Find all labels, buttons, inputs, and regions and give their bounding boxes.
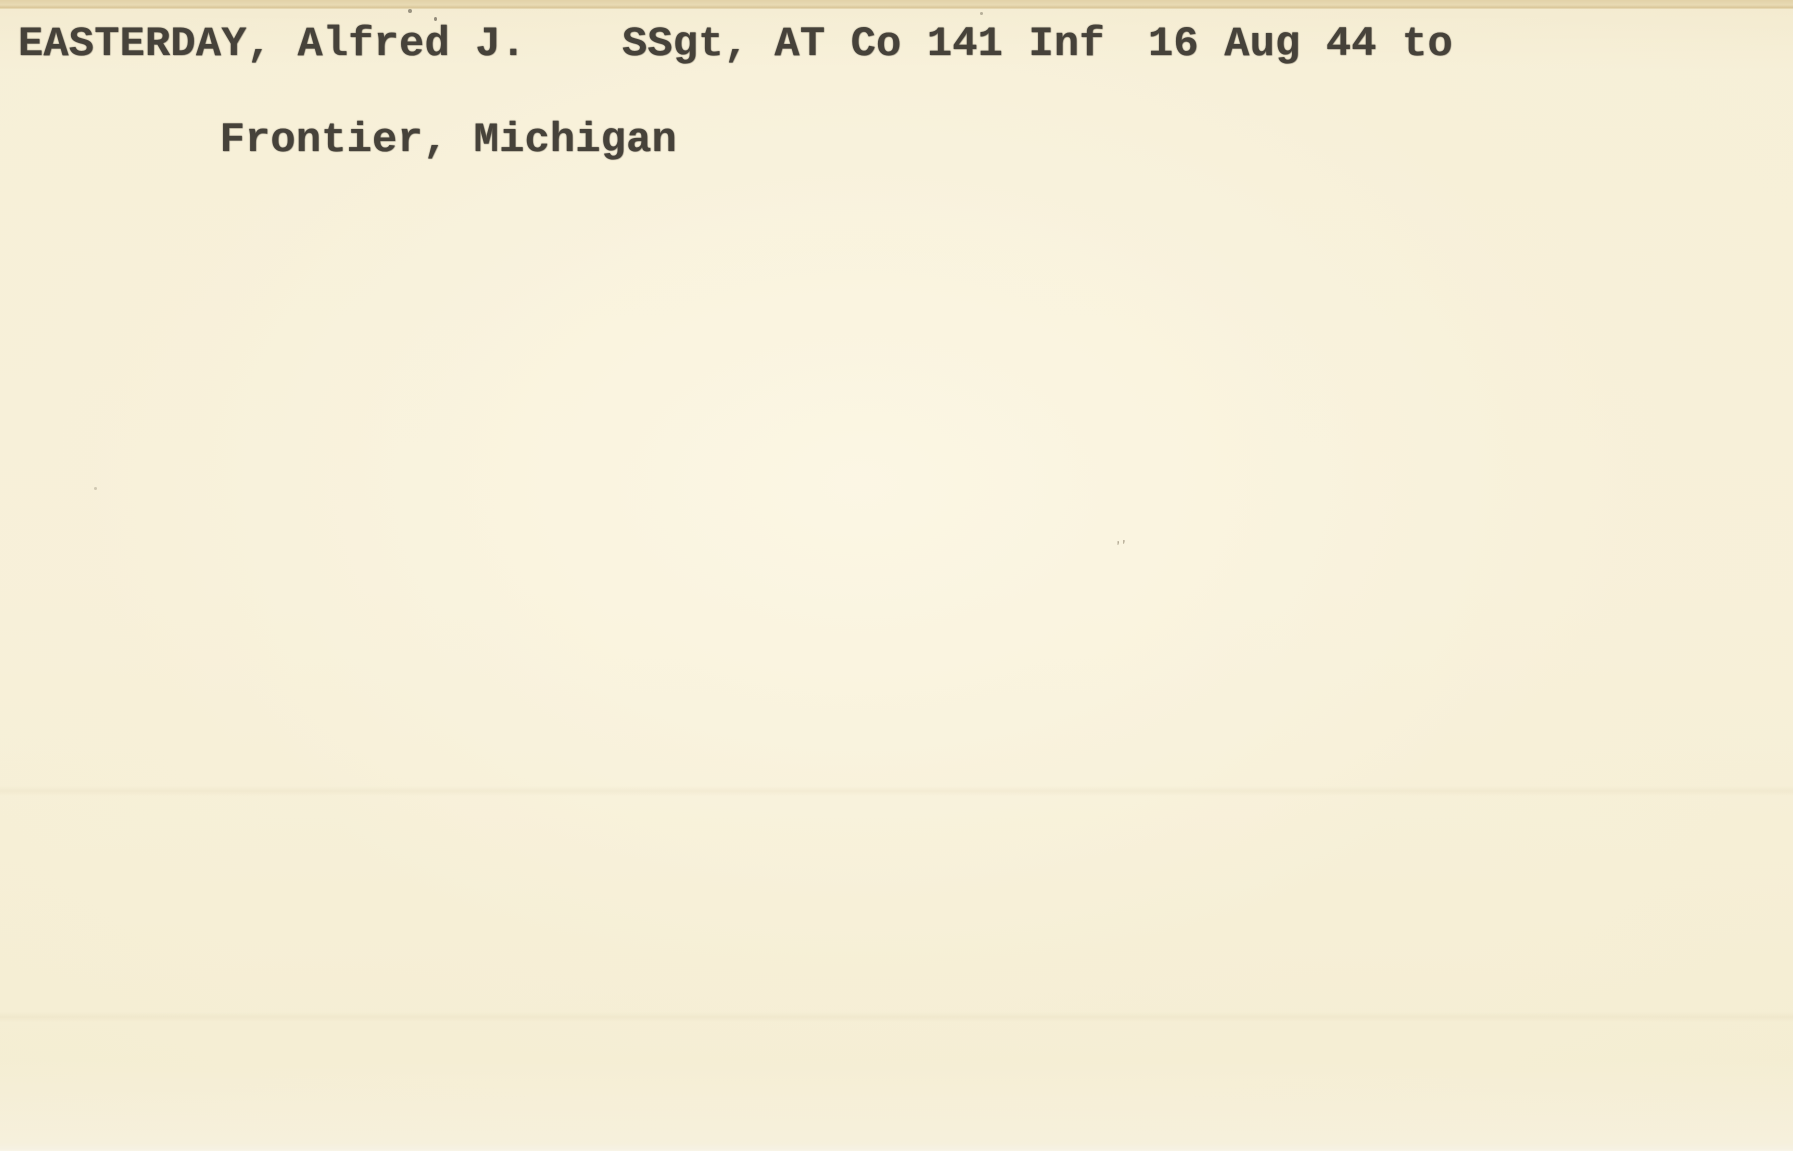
residence: Frontier, Michigan [220,116,677,164]
ink-speck [408,9,412,13]
index-card: EASTERDAY, Alfred J. SSgt, AT Co 141 Inf… [0,0,1793,1151]
card-top-edge [0,0,1793,9]
service-date: 16 Aug 44 to [1148,23,1453,65]
card-bottom-edge [0,1143,1793,1151]
scan-streak [0,1012,1793,1022]
scan-streak [0,786,1793,796]
pencil-tick-marks: ’’ [1115,533,1143,552]
rank-and-unit: SSgt, AT Co 141 Inf [622,23,1105,65]
service-member-name: EASTERDAY, Alfred J. [18,23,526,65]
ink-speck [434,17,437,21]
ink-speck [980,12,983,15]
typed-line-2: Frontier, Michigan [118,77,677,203]
ink-speck [94,487,97,490]
